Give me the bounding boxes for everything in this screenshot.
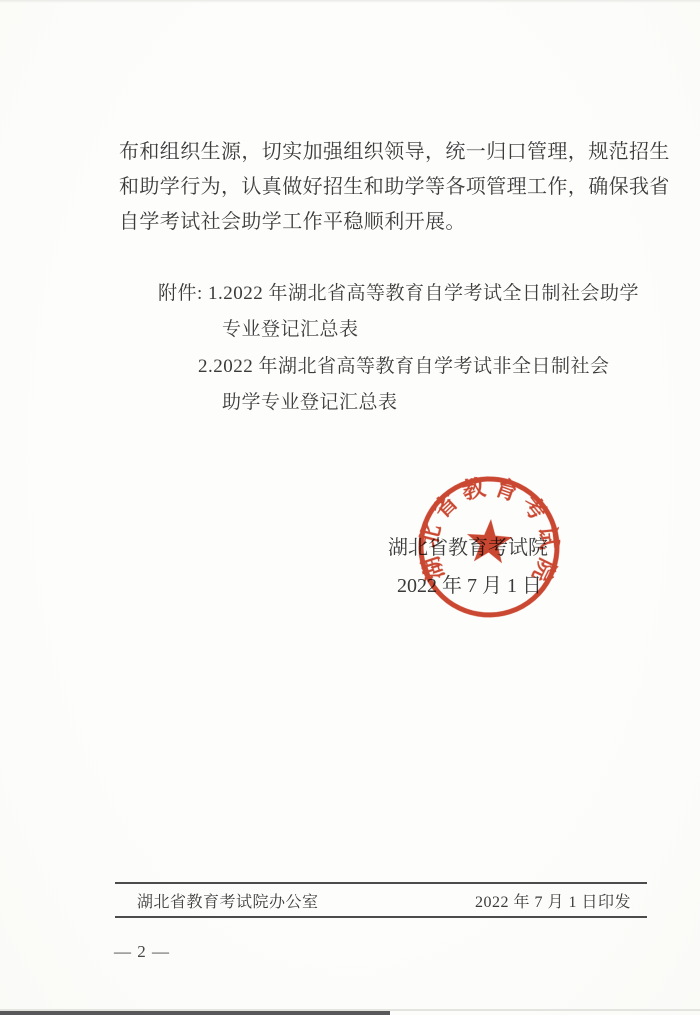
- attachment-2-number: 2.: [198, 356, 213, 377]
- footer-issuance-bar: 湖北省教育考试院办公室 2022 年 7 月 1 日印发: [115, 882, 647, 918]
- body-paragraph-line: 布和组织生源，切实加强组织领导，统一归口管理，规范招生: [119, 139, 670, 165]
- attachment-item-2-line-1: 2.2022 年湖北省高等教育自学考试非全日制社会: [198, 355, 610, 380]
- scan-edge-dark: [0, 1011, 390, 1015]
- page-number: — 2 —: [114, 942, 170, 962]
- signature-organization: 湖北省教育考试院: [388, 535, 548, 561]
- attachment-label: 附件:: [158, 283, 208, 304]
- attachment-1-number: 1.: [208, 283, 223, 304]
- body-paragraph-line: 自学考试社会助学工作平稳顺利开展。: [119, 209, 466, 235]
- document-page: 布和组织生源，切实加强组织领导，统一归口管理，规范招生 和助学行为，认真做好招生…: [0, 0, 700, 1015]
- attachment-item-2-line-2: 助学专业登记汇总表: [222, 391, 398, 416]
- attachment-2-title: 2022 年湖北省高等教育自学考试非全日制社会: [213, 356, 609, 377]
- footer-print-date: 2022 年 7 月 1 日印发: [475, 889, 631, 912]
- attachment-1-title: 2022 年湖北省高等教育自学考试全日制社会助学: [223, 283, 639, 304]
- signature-date: 2022 年 7 月 1 日: [397, 573, 542, 599]
- footer-issuing-office: 湖北省教育考试院办公室: [137, 889, 319, 912]
- body-paragraph-line: 和助学行为，认真做好招生和助学等各项管理工作，确保我省: [119, 174, 670, 200]
- attachment-item-1-line-1: 附件: 1.2022 年湖北省高等教育自学考试全日制社会助学: [158, 282, 639, 307]
- attachment-item-1-line-2: 专业登记汇总表: [222, 318, 359, 343]
